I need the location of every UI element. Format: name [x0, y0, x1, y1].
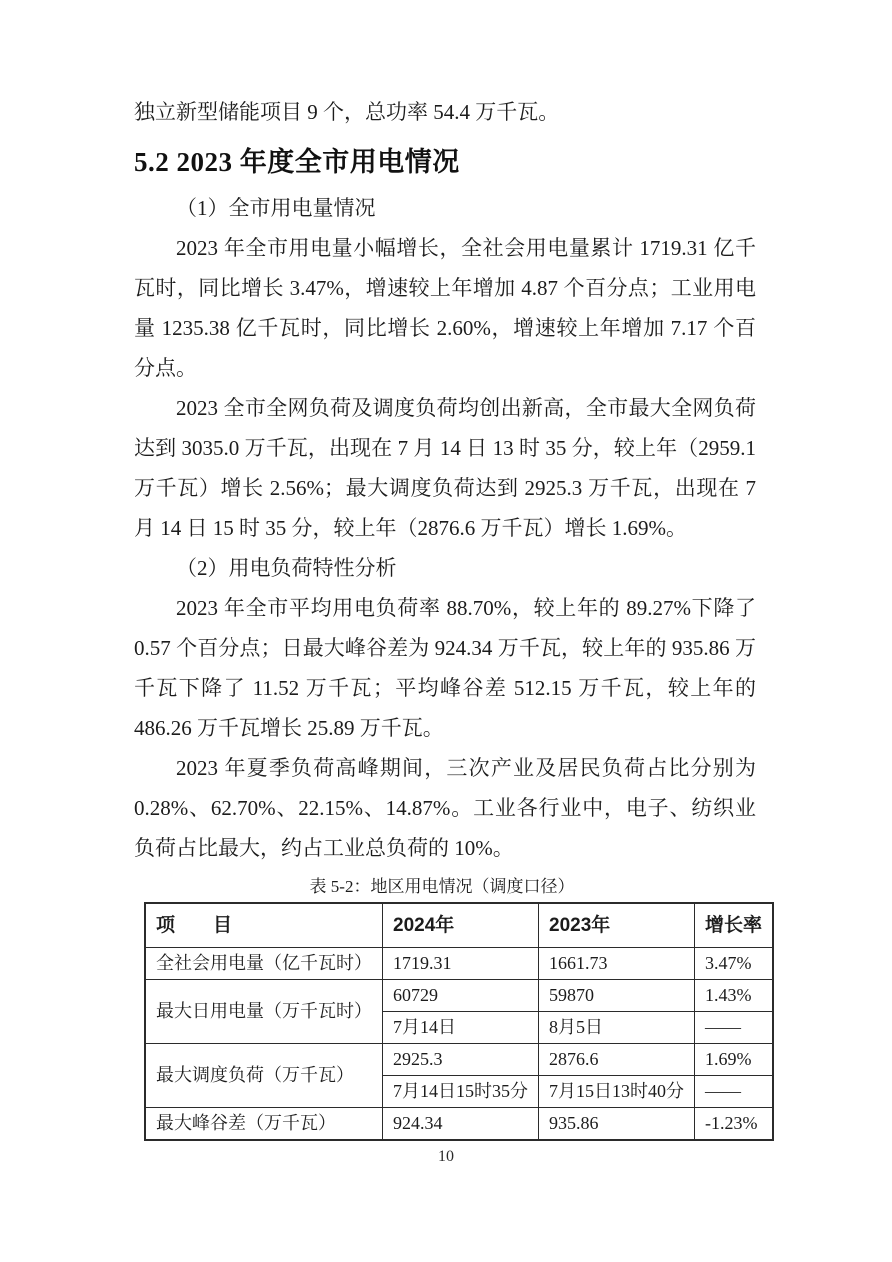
cell-2023: 59870	[539, 980, 695, 1012]
table-row: 全社会用电量（亿千瓦时） 1719.31 1661.73 3.47%	[145, 948, 773, 980]
document-content: 独立新型储能项目 9 个，总功率 54.4 万千瓦。 5.2 2023 年度全市…	[134, 92, 756, 1141]
cell-2024: 7月14日	[383, 1012, 539, 1044]
table-caption: 表 5-2：地区用电情况（调度口径）	[134, 874, 750, 900]
table-header-2023: 2023年	[539, 903, 695, 948]
power-usage-table: 项 目 2024年 2023年 增长率 全社会用电量（亿千瓦时） 1719.31…	[144, 902, 774, 1141]
intro-paragraph: 独立新型储能项目 9 个，总功率 54.4 万千瓦。	[134, 92, 756, 132]
cell-2023: 935.86	[539, 1108, 695, 1141]
cell-2024: 1719.31	[383, 948, 539, 980]
cell-2023: 1661.73	[539, 948, 695, 980]
row-label: 最大日用电量（万千瓦时）	[145, 980, 383, 1044]
page-number: 10	[0, 1148, 892, 1166]
row-label: 最大调度负荷（万千瓦）	[145, 1044, 383, 1108]
table-header-2024: 2024年	[383, 903, 539, 948]
cell-2023: 8月5日	[539, 1012, 695, 1044]
table-header-item: 项 目	[145, 903, 383, 948]
cell-2023: 2876.6	[539, 1044, 695, 1076]
table-row: 最大调度负荷（万千瓦） 2925.3 2876.6 1.69%	[145, 1044, 773, 1076]
document-page: 独立新型储能项目 9 个，总功率 54.4 万千瓦。 5.2 2023 年度全市…	[0, 0, 892, 1262]
paragraph-load-factor: 2023 年全市平均用电负荷率 88.70%，较上年的 89.27%下降了 0.…	[134, 588, 756, 748]
cell-growth: 1.43%	[695, 980, 774, 1012]
cell-growth: ——	[695, 1076, 774, 1108]
cell-growth: 1.69%	[695, 1044, 774, 1076]
cell-growth: -1.23%	[695, 1108, 774, 1141]
table-row: 最大日用电量（万千瓦时） 60729 59870 1.43%	[145, 980, 773, 1012]
section-heading: 5.2 2023 年度全市用电情况	[134, 140, 756, 184]
cell-2024: 2925.3	[383, 1044, 539, 1076]
paragraph-grid-load: 2023 全市全网负荷及调度负荷均创出新高，全市最大全网负荷达到 3035.0 …	[134, 388, 756, 548]
row-label: 最大峰谷差（万千瓦）	[145, 1108, 383, 1141]
cell-growth: 3.47%	[695, 948, 774, 980]
cell-2024: 60729	[383, 980, 539, 1012]
table-row: 最大峰谷差（万千瓦） 924.34 935.86 -1.23%	[145, 1108, 773, 1141]
paragraph-electricity-consumption: 2023 年全市用电量小幅增长，全社会用电量累计 1719.31 亿千瓦时，同比…	[134, 228, 756, 388]
row-label: 全社会用电量（亿千瓦时）	[145, 948, 383, 980]
cell-2024: 924.34	[383, 1108, 539, 1141]
table-header-row: 项 目 2024年 2023年 增长率	[145, 903, 773, 948]
paragraph-summer-load: 2023 年夏季负荷高峰期间，三次产业及居民负荷占比分别为 0.28%、62.7…	[134, 748, 756, 868]
subsection-heading-1: （1）全市用电量情况	[134, 188, 756, 228]
cell-2024: 7月14日15时35分	[383, 1076, 539, 1108]
cell-2023: 7月15日13时40分	[539, 1076, 695, 1108]
cell-growth: ——	[695, 1012, 774, 1044]
table-header-growth: 增长率	[695, 903, 774, 948]
subsection-heading-2: （2）用电负荷特性分析	[134, 548, 756, 588]
